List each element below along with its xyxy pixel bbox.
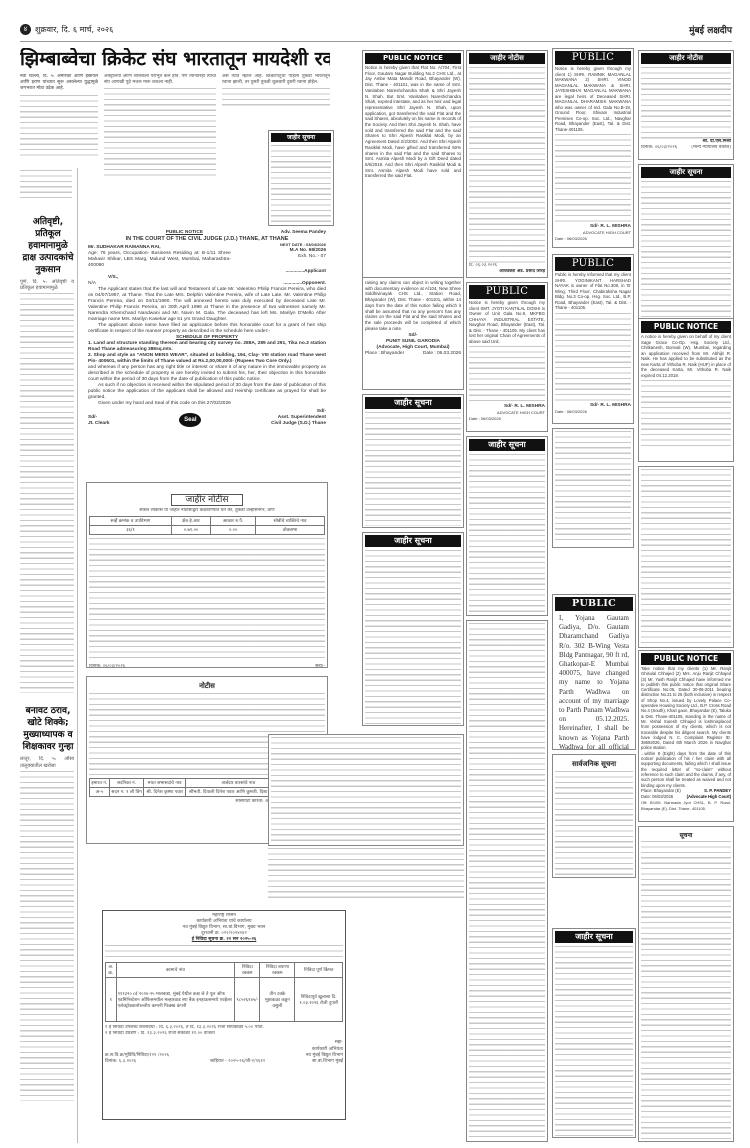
notice-title: जाहीर नोटीस [641,53,731,64]
court-seal: Seal [179,413,201,427]
story-headline-fake-seal: बनावट ठराव, खोटे शिक्के; मुख्याध्यापक व … [20,705,76,753]
tender-table: अ. क्र.कामाचे नांवनिविदा रक्कमनिविदा बया… [105,962,343,1022]
public-notice-makwana: PUBLIC NOTICE Notice is hereby given thr… [552,48,634,248]
notice-title: जाहीर सूचना [271,133,331,142]
jahir-suchana-col4-a: जाहीर सूचना [466,436,548,616]
page-number-badge: ४ [20,24,31,35]
notice-title: PUBLIC NOTICE [555,597,633,611]
jahir-suchana-col3-b: जाहीर सूचना [362,532,464,726]
tender-title: ई निविदा सूचना क्र. २२ सन २०२५-२६ [105,937,343,943]
story-headline-grapes: अतिवृष्टी, प्रतिकूल हवामानामुळे द्राक्ष … [20,216,76,276]
court-public-notice: PUBLIC NOTICE Adv. Seema Pandey IN THE C… [86,228,328,480]
lead-headline: झिम्बाब्वेचा क्रिकेट संघ भारतातून मायदेश… [20,48,330,70]
notice-title: PUBLIC NOTICE [641,321,731,333]
public-notice-share-certificate: PUBLIC NOTICE Take notice that my client… [638,650,734,822]
name-change-notice: PUBLIC NOTICE I, Yojana Gautam Gadiya, D… [552,594,636,750]
lead-story-col3: असे त्यात म्हटले आहे. क्रिकेटपटूंची पहिल… [222,74,330,116]
notice-title: जाहीर सूचना [469,439,545,451]
e-tender-notice: महाराष्ट्र शासन कार्यकारी अभियंता यांचे … [102,910,346,1120]
left-column: अतिवृष्टी, प्रतिकूल हवामानामुळे द्राक्ष … [20,168,78,1143]
notice-title: PUBLIC NOTICE [555,51,631,65]
public-notice-flat-a704: PUBLIC NOTICE Notice is hereby given tha… [362,50,464,278]
notice-title: जाहीर सूचना [365,535,461,547]
notice-title: सार्वजनिक सूचना [555,759,633,769]
jahir-suchana-small: जाहीर सूचना [268,130,334,226]
jahir-suchana-col3-a: जाहीर सूचना [362,394,464,528]
jahir-notice-col6: जाहीर नोटीस श्री. दी.एस.मिश्रा दिनांक: ०… [638,50,734,160]
suchana-col6: सूचना [638,826,734,1142]
notice-title: जाहीर नोटीस [469,53,545,64]
jahir-suchana-wide [268,734,464,846]
notice-title: जाहीर सूचना [641,167,731,178]
land-survey-table: सर्व्हे क्रमांक व उपविभागक्षेत्र हे.आरआक… [89,516,325,535]
jahir-suchana-col5 [552,428,634,548]
jahir-notice-col4: जाहीर नोटीस दि. ०६.०३.२०२६ अधिवक्ता अँड.… [466,50,548,278]
public-notice-gala-no9: PUBLIC NOTICE Notice is hereby given thr… [466,282,548,432]
public-notice-flat-308: PUBLIC NOTICE Public is hereby informed … [552,254,634,424]
notice-title: जाहीर सूचना [365,397,461,409]
notice-title: जाहीर नोटीस [171,494,244,506]
issue-date: शुक्रवार, दि. ६ मार्च, २०२६ [35,24,113,35]
notice-title: PUBLIC NOTICE [555,257,631,271]
newspaper-name: मुंबई लक्षदीप [689,23,732,36]
notice-title: सूचना [641,831,731,839]
lead-story-col2: ऑस्ट्रेलिया आणि श्रीलंकेला पराभूत केले ह… [104,74,216,184]
public-notice-flat-a704-cont: raising any claims can object in writing… [362,278,464,390]
jahir-suchana-col5-b: जाहीर सूचना [552,928,636,1138]
public-notice-sage-grace: PUBLIC NOTICE A notice is hereby given o… [638,318,734,462]
land-jahir-notice: जाहीर नोटीस सकल लोकांस या जाहीर नोटीसीद्… [86,482,328,668]
lead-story-col1: नवी दिल्ली, दि. ५: अमेरिका आणि इस्रायल आ… [20,74,98,164]
date-line: ४ शुक्रवार, दि. ६ मार्च, २०२६ [20,24,113,35]
notice-title: नोटीस [89,681,325,691]
sarvajanik-suchana: सार्वजनिक सूचना [552,754,636,878]
jahir-suchana-col4-long [466,620,548,1142]
notice-title: PUBLIC NOTICE [365,53,461,64]
jahir-suchana-col6-b [638,466,734,648]
notice-title: PUBLIC NOTICE [469,285,545,299]
page-header: ४ शुक्रवार, दि. ६ मार्च, २०२६ मुंबई लक्ष… [20,18,732,42]
notice-title: जाहीर सूचना [555,931,633,943]
notice-title: PUBLIC NOTICE [641,653,731,665]
